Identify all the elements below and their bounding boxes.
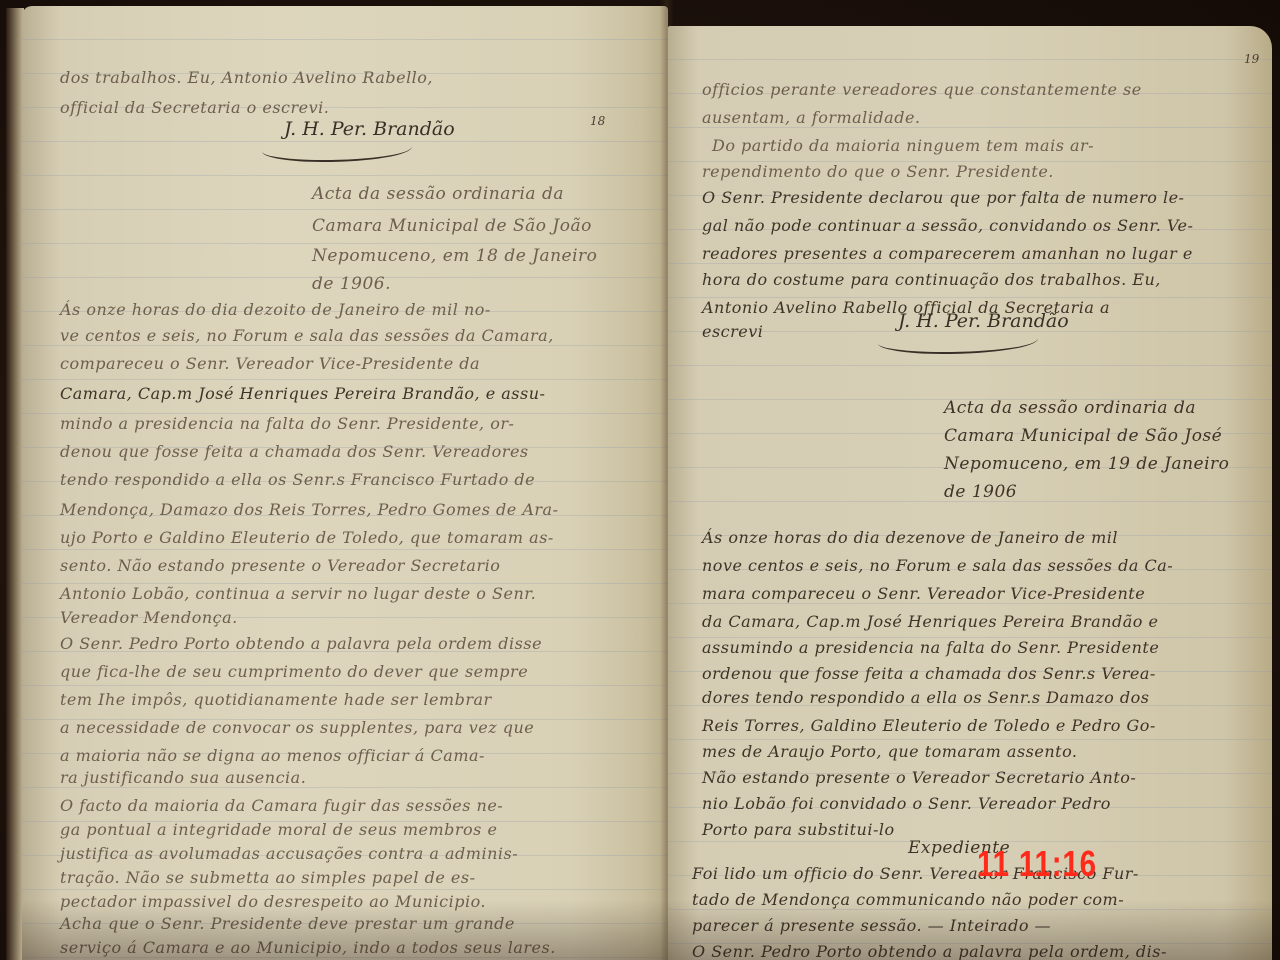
body-line: Não estando presente o Vereador Secretar…: [702, 768, 1136, 787]
page-shadow: [668, 900, 1272, 960]
body-line: dores tendo respondido a ella os Senr.s …: [702, 688, 1149, 707]
body-line: mara compareceu o Senr. Vereador Vice-Pr…: [702, 584, 1145, 603]
page-number: 18: [590, 114, 605, 128]
body-line: Ás onze horas do dia dezoito de Janeiro …: [60, 300, 491, 319]
closing-line: official da Secretaria o escrevi.: [60, 98, 329, 117]
body-line: denou que fosse feita a chamada dos Senr…: [60, 442, 529, 461]
page-number: 19: [1244, 52, 1259, 66]
body-line: tendo respondido a ella os Senr.s Franci…: [60, 470, 535, 489]
body-line: ujo Porto e Galdino Eleuterio de Toledo,…: [60, 528, 554, 547]
body-line: gal não pode continuar a sessão, convida…: [702, 216, 1193, 235]
body-line: ordenou que fosse feita a chamada dos Se…: [702, 664, 1156, 683]
body-line: tração. Não se submetta ao simples papel…: [60, 868, 476, 887]
body-line: mes de Araujo Porto, que tomaram assento…: [702, 742, 1078, 761]
body-line: officios perante vereadores que constant…: [702, 80, 1142, 99]
body-line: mindo a presidencia na falta do Senr. Pr…: [60, 414, 514, 433]
left-page: 18 dos trabalhos. Eu, Antonio Avelino Ra…: [22, 6, 668, 960]
body-line: justifica as avolumadas accusações contr…: [60, 844, 518, 863]
minutes-heading-line: Nepomuceno, em 19 de Janeiro: [944, 454, 1229, 474]
body-line: Porto para substitui-lo: [702, 820, 895, 839]
body-line: rependimento do que o Senr. Presidente.: [702, 162, 1054, 181]
body-line: Reis Torres, Galdino Eleuterio de Toledo…: [702, 716, 1156, 735]
body-line: compareceu o Senr. Vereador Vice-Preside…: [60, 354, 480, 373]
body-line: Antonio Lobão, continua a servir no luga…: [60, 584, 536, 603]
body-line: ra justificando sua ausencia.: [60, 768, 306, 787]
body-line: ausentam, a formalidade.: [702, 108, 921, 127]
body-line: sento. Não estando presente o Vereador S…: [60, 556, 500, 575]
body-line: tem Ihe impôs, quotidianamente hade ser …: [60, 690, 492, 709]
minutes-heading-line: de 1906.: [312, 274, 391, 294]
minutes-heading-line: de 1906: [944, 482, 1017, 502]
right-page: 19 officios perante vereadores que const…: [668, 26, 1272, 960]
page-shadow: [22, 900, 668, 960]
body-line: O Senr. Presidente declarou que por falt…: [702, 188, 1184, 207]
body-line: Do partido da maioria ninguem tem mais a…: [712, 136, 1094, 155]
body-line: nio Lobão foi convidado o Senr. Vereador…: [702, 794, 1111, 813]
open-ledger-photo: 18 dos trabalhos. Eu, Antonio Avelino Ra…: [0, 0, 1280, 960]
body-line: Camara, Cap.m José Henriques Pereira Bra…: [60, 384, 545, 403]
body-line: Vereador Mendonça.: [60, 608, 238, 627]
minutes-heading-line: Acta da sessão ordinaria da: [944, 398, 1196, 418]
body-line: que fica-lhe de seu cumprimento do dever…: [60, 662, 528, 681]
camera-date-stamp: 11 11:16: [977, 843, 1097, 885]
body-line: ve centos e seis, no Forum e sala das se…: [60, 326, 554, 345]
body-line: a maioria não se digna ao menos officiar…: [60, 746, 485, 765]
closing-line: dos trabalhos. Eu, Antonio Avelino Rabel…: [60, 68, 433, 87]
body-line: Ás onze horas do dia dezenove de Janeiro…: [702, 528, 1118, 547]
body-line: O Senr. Pedro Porto obtendo a palavra pe…: [60, 634, 542, 653]
body-line: O facto da maioria da Camara fugir das s…: [60, 796, 503, 815]
minutes-heading-line: Acta da sessão ordinaria da: [312, 184, 564, 204]
body-line: Mendonça, Damazo dos Reis Torres, Pedro …: [60, 500, 558, 519]
minutes-heading-line: Camara Municipal de São José: [944, 426, 1222, 446]
body-line: nove centos e seis, no Forum e sala das …: [702, 556, 1173, 575]
body-line: assumindo a presidencia na falta do Senr…: [702, 638, 1159, 657]
body-line: da Camara, Cap.m José Henriques Pereira …: [702, 612, 1158, 631]
minutes-heading-line: Nepomuceno, em 18 de Janeiro: [312, 246, 597, 266]
body-line: readores presentes a comparecerem amanha…: [702, 244, 1193, 263]
body-line: hora do costume para continuação dos tra…: [702, 270, 1161, 289]
minutes-heading-line: Camara Municipal de São João: [312, 216, 592, 236]
body-line: a necessidade de convocar os supplentes,…: [60, 718, 534, 737]
body-line: ga pontual a integridade moral de seus m…: [60, 820, 497, 839]
body-line: escrevi: [702, 322, 763, 341]
